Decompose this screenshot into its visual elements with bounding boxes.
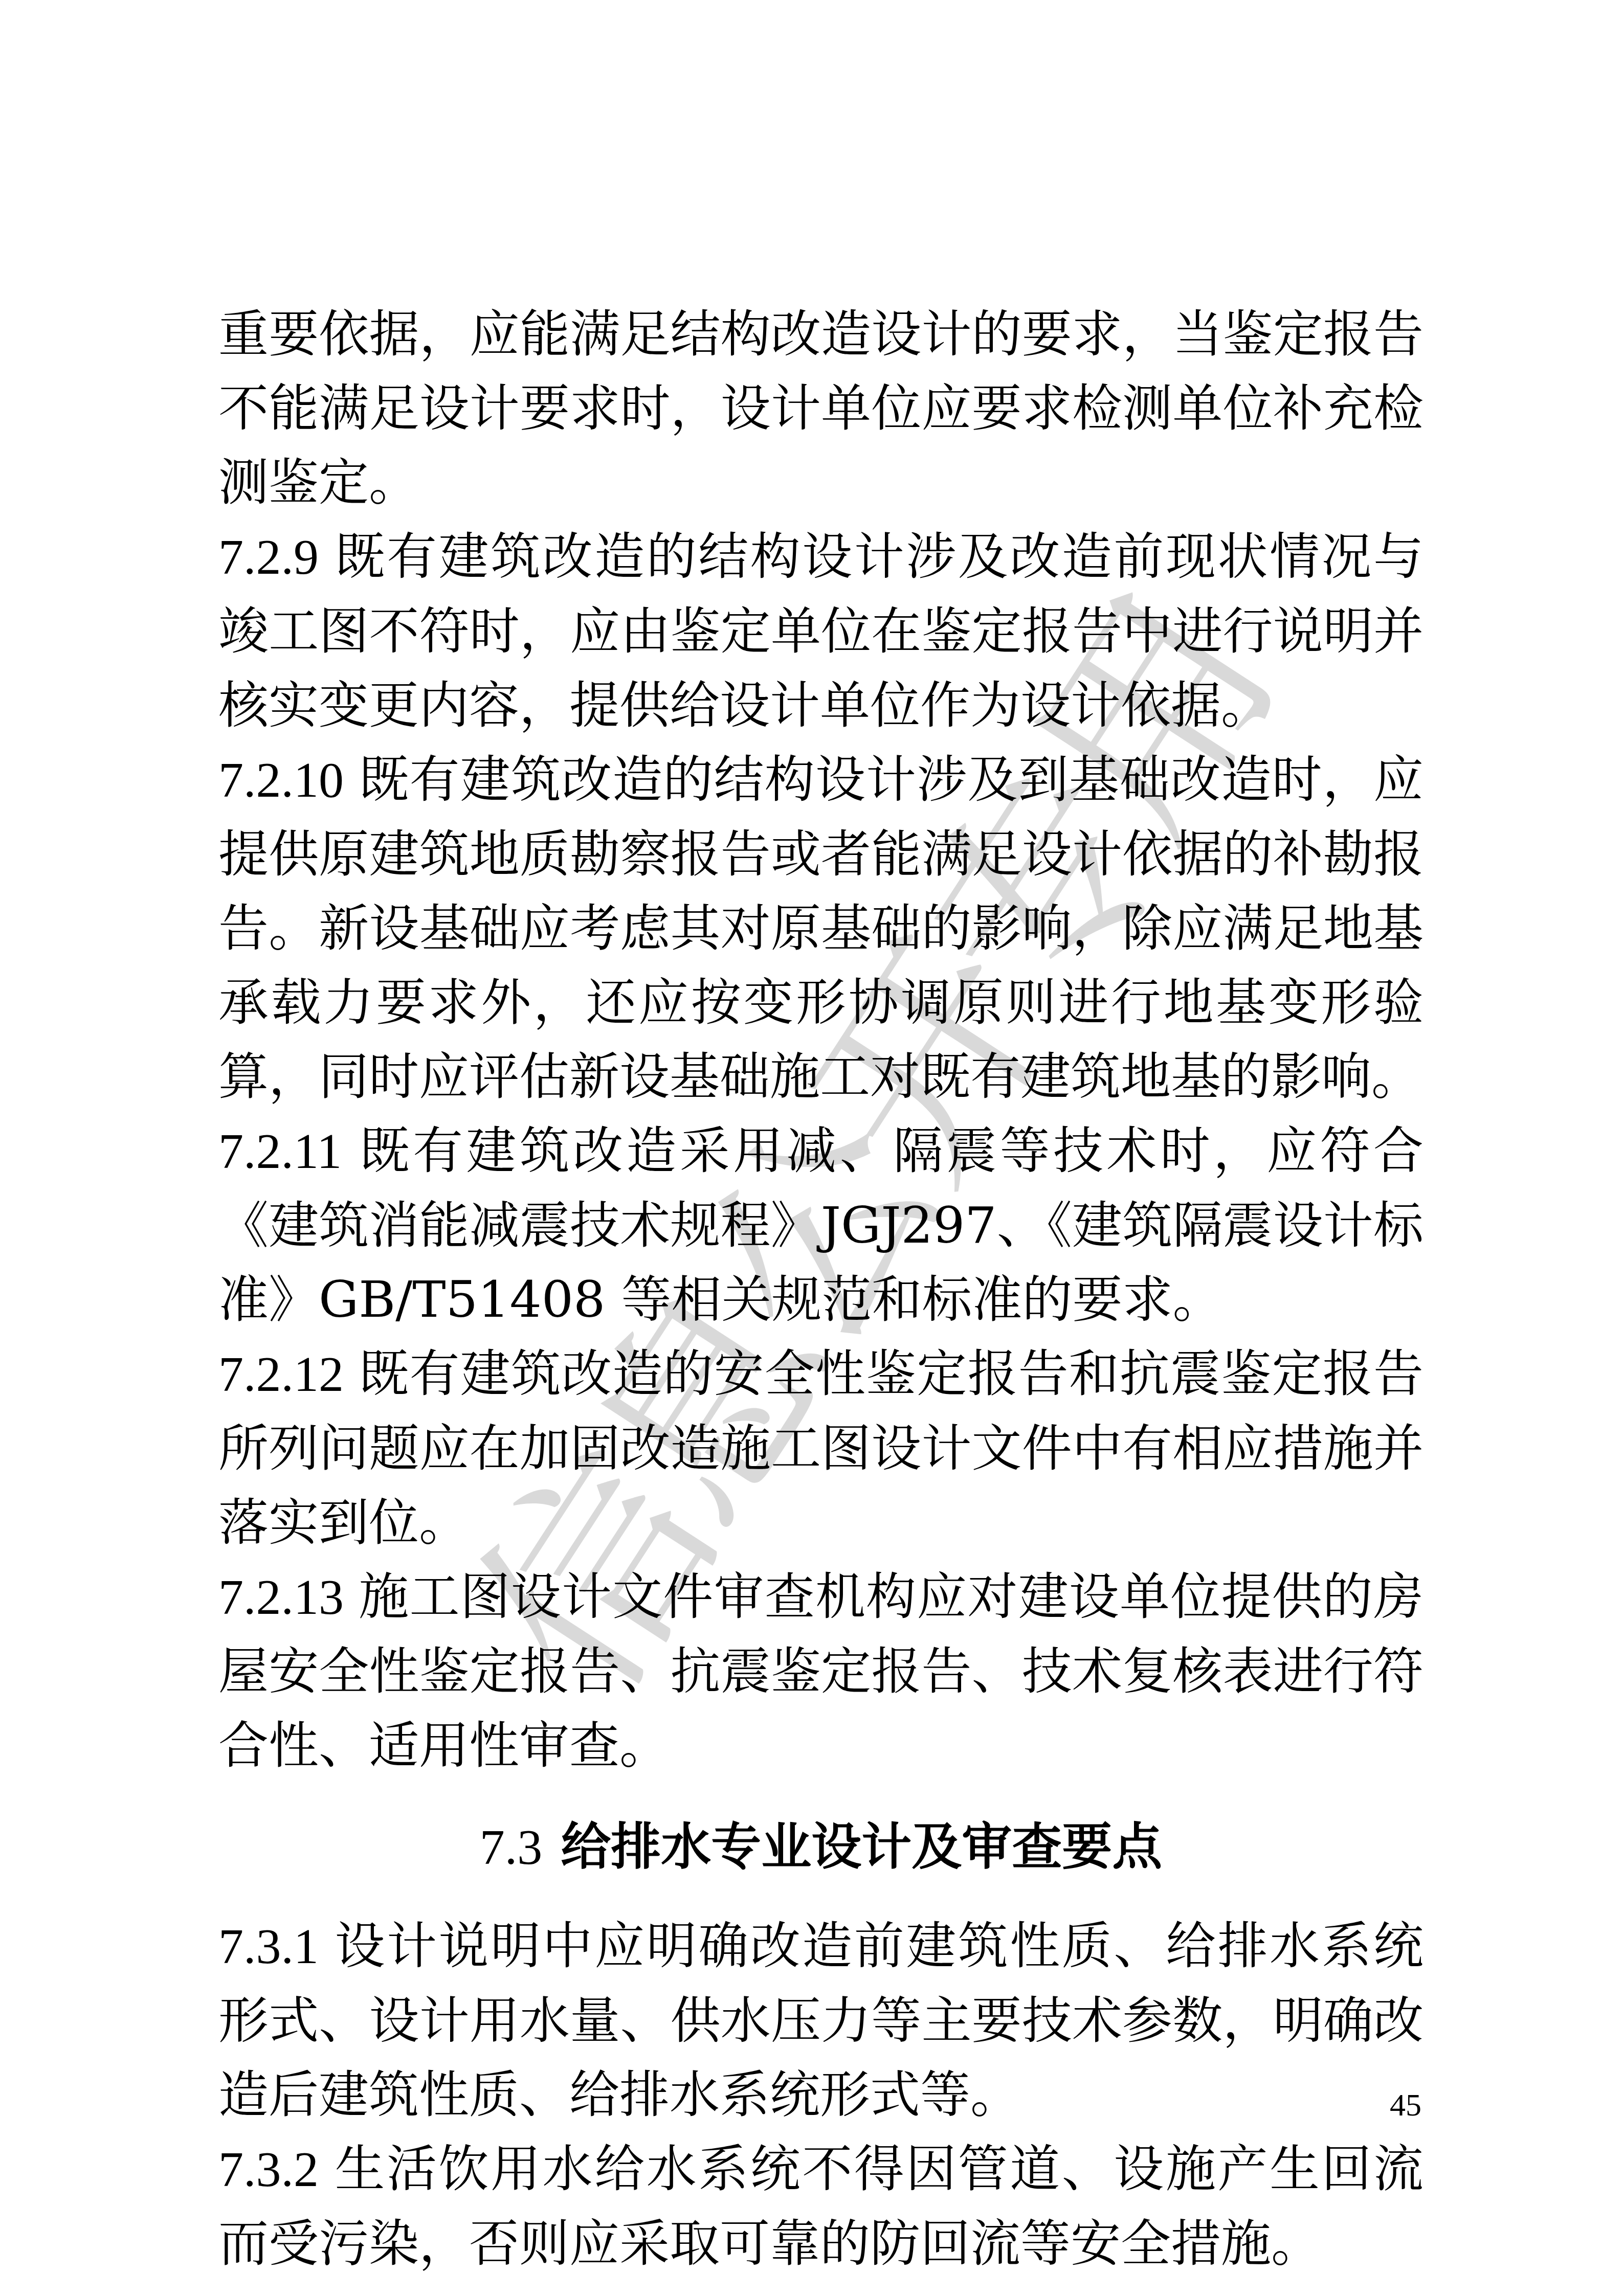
clause-text: 施工图设计文件审查机构应对建设单位提供的房屋安全性鉴定报告、抗震鉴定报告、技术复…	[218, 1568, 1423, 1775]
clause-7-2-12: 7.2.12既有建筑改造的安全性鉴定报告和抗震鉴定报告所列问题应在加固改造施工图…	[218, 1337, 1423, 1560]
clause-text: 设计说明中应明确改造前建筑性质、给排水系统形式、设计用水量、供水压力等主要技术参…	[218, 1917, 1423, 2124]
clause-number: 7.3.2	[218, 2142, 319, 2197]
clause-7-2-11: 7.2.11既有建筑改造采用减、隔震等技术时，应符合《建筑消能减震技术规程》JG…	[218, 1114, 1423, 1337]
clause-7-2-9: 7.2.9既有建筑改造的结构设计涉及改造前现状情况与竣工图不符时，应由鉴定单位在…	[218, 520, 1423, 743]
clause-number: 7.2.10	[218, 753, 344, 808]
clause-number: 7.2.13	[218, 1570, 344, 1625]
section-title: 给排水专业设计及审查要点	[561, 1817, 1162, 1876]
page-number: 45	[1390, 2087, 1421, 2123]
section-heading: 7.3给排水专业设计及审查要点	[218, 1810, 1423, 1885]
page-content: 重要依据，应能满足结构改造设计的要求，当鉴定报告不能满足设计要求时，设计单位应要…	[218, 298, 1423, 2281]
clause-7-2-10: 7.2.10既有建筑改造的结构设计涉及到基础改造时，应提供原建筑地质勘察报告或者…	[218, 743, 1423, 1114]
clause-number: 7.3.1	[218, 1919, 319, 1974]
clause-number: 7.2.12	[218, 1347, 344, 1402]
clause-number: 7.2.9	[218, 530, 319, 585]
clause-7-3-2: 7.3.2生活饮用水给水系统不得因管道、设施产生回流而受污染，否则应采取可靠的防…	[218, 2132, 1423, 2281]
clause-text: 既有建筑改造的安全性鉴定报告和抗震鉴定报告所列问题应在加固改造施工图设计文件中有…	[218, 1345, 1423, 1552]
section-number: 7.3	[480, 1820, 543, 1875]
clause-7-2-13: 7.2.13施工图设计文件审查机构应对建设单位提供的房屋安全性鉴定报告、抗震鉴定…	[218, 1560, 1423, 1783]
clause-text: 既有建筑改造的结构设计涉及到基础改造时，应提供原建筑地质勘察报告或者能满足设计依…	[218, 751, 1423, 1106]
clause-text: 既有建筑改造的结构设计涉及改造前现状情况与竣工图不符时，应由鉴定单位在鉴定报告中…	[218, 528, 1423, 735]
clause-7-3-1: 7.3.1设计说明中应明确改造前建筑性质、给排水系统形式、设计用水量、供水压力等…	[218, 1909, 1423, 2132]
clause-text: 既有建筑改造采用减、隔震等技术时，应符合《建筑消能减震技术规程》JGJ297、《…	[218, 1122, 1423, 1329]
paragraph-text: 重要依据，应能满足结构改造设计的要求，当鉴定报告不能满足设计要求时，设计单位应要…	[218, 305, 1423, 512]
clause-number: 7.2.11	[218, 1124, 342, 1179]
paragraph-continuation: 重要依据，应能满足结构改造设计的要求，当鉴定报告不能满足设计要求时，设计单位应要…	[218, 298, 1423, 520]
clause-text: 生活饮用水给水系统不得因管道、设施产生回流而受污染，否则应采取可靠的防回流等安全…	[218, 2140, 1423, 2273]
document-page: 信息公开专用 重要依据，应能满足结构改造设计的要求，当鉴定报告不能满足设计要求时…	[0, 0, 1624, 2296]
